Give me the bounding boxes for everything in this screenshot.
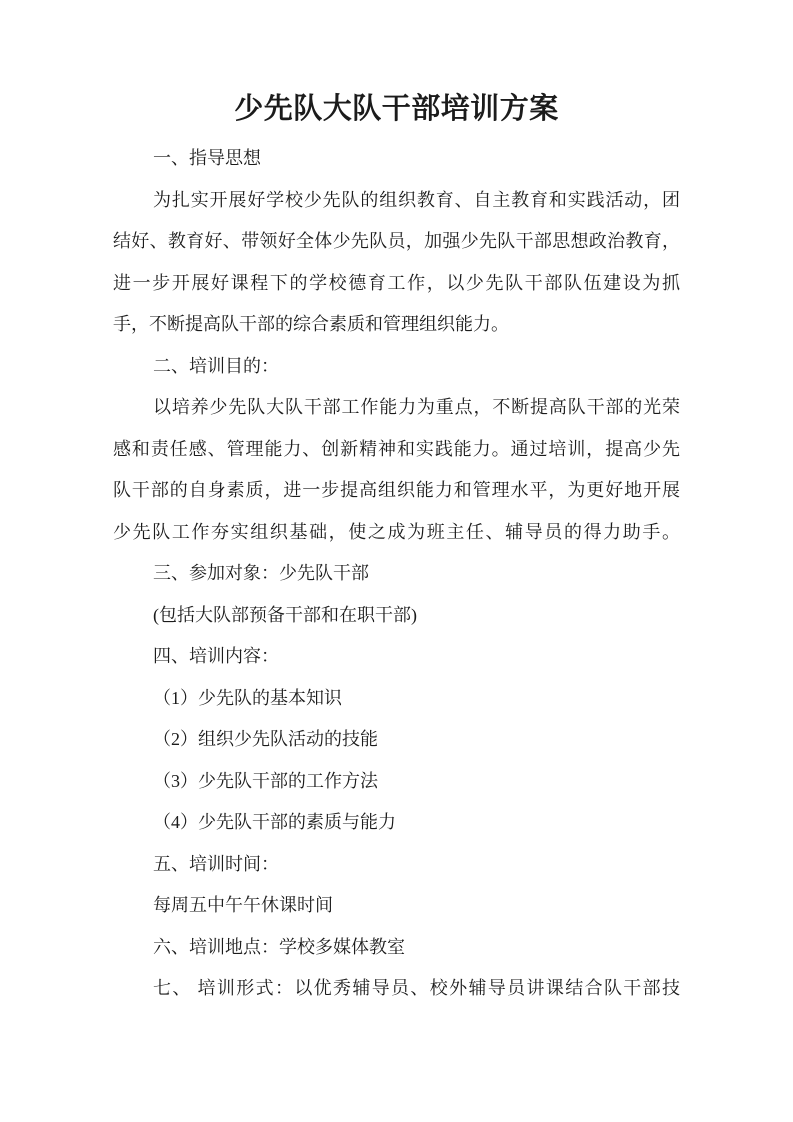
text-line: 队干部的自身素质，进一步提高组织能力和管理水平，为更好地开展 <box>113 470 680 512</box>
text-line: 结好、教育好、带领好全体少先队员，加强少先队干部思想政治教育， <box>113 221 680 263</box>
text-line: 为扎实开展好学校少先队的组织教育、自主教育和实践活动，团 <box>113 180 680 222</box>
text-line: 以培养少先队大队干部工作能力为重点，不断提高队干部的光荣 <box>113 387 680 429</box>
text-line: 四、培训内容： <box>113 636 680 678</box>
text-line: 七、 培训形式：以优秀辅导员、校外辅导员讲课结合队干部技 <box>113 968 680 1010</box>
text-line: 一、指导思想 <box>113 138 680 180</box>
text-line: 五、培训时间： <box>113 844 680 886</box>
text-line: 六、培训地点：学校多媒体教室 <box>113 927 680 969</box>
text-line: (包括大队部预备干部和在职干部) <box>113 595 680 637</box>
document-body: 一、指导思想为扎实开展好学校少先队的组织教育、自主教育和实践活动，团结好、教育好… <box>113 138 680 1010</box>
text-line: 每周五中午午休课时间 <box>113 885 680 927</box>
text-line: （2）组织少先队活动的技能 <box>113 719 680 761</box>
text-line: 少先队工作夯实组织基础，使之成为班主任、辅导员的得力助手。 <box>113 512 680 554</box>
text-line: （1）少先队的基本知识 <box>113 678 680 720</box>
text-line: （4）少先队干部的素质与能力 <box>113 802 680 844</box>
text-line: 二、培训目的： <box>113 346 680 388</box>
document-title: 少先队大队干部培训方案 <box>113 85 680 133</box>
document-page: 少先队大队干部培训方案 一、指导思想为扎实开展好学校少先队的组织教育、自主教育和… <box>0 0 793 1122</box>
text-line: 三、参加对象：少先队干部 <box>113 553 680 595</box>
text-line: （3）少先队干部的工作方法 <box>113 761 680 803</box>
text-line: 手，不断提高队干部的综合素质和管理组织能力。 <box>113 304 680 346</box>
text-line: 感和责任感、管理能力、创新精神和实践能力。通过培训，提高少先 <box>113 429 680 471</box>
text-line: 进一步开展好课程下的学校德育工作，以少先队干部队伍建设为抓 <box>113 263 680 305</box>
